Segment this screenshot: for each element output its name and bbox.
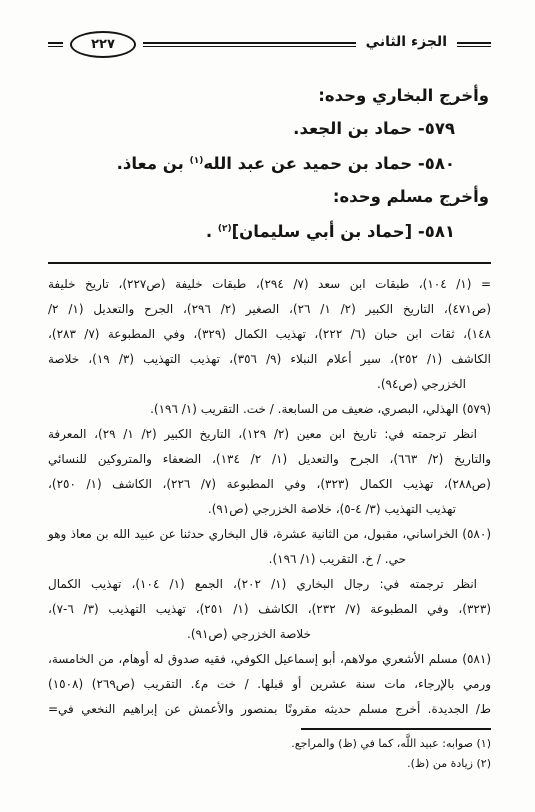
page-number: ٢٢٧ [91,37,115,52]
footnotes-block: = (١/ ١٠٤)، طبقات ابن سعد (٧/ ٢٩٤)، طبقا… [48,272,491,722]
book-page: الجزء الثاني ٢٢٧ وأخرج البخاري وحده: ٥٧٩… [0,0,535,812]
footnote-line: الخزرجي (ص٩٤). [48,372,491,397]
footnote-line: ط/ الجديدة. أخرج مسلم حديثه مقرونًا بمنص… [48,697,491,722]
page-number-badge: ٢٢٧ [70,31,136,58]
footnote-line: الكاشف (١/ ٢٥٢)، سير أعلام النبلاء (٩/ ٣… [48,347,491,372]
entry-581: ٥٨١- [حماد بن أبي سليمان](٢) . [48,213,491,249]
footnote-line: انظر ترجمته في: رجال البخاري (١/ ٢٠٢)، ا… [48,572,491,597]
entry-580-tail: بن معاذ. [117,154,190,173]
editor-notes-separator-rule [301,728,491,730]
footnote-line: (٥٨٠) الخراساني، مقبول، من الثانية عشرة،… [48,522,491,547]
section-title: الجزء الثاني [363,34,450,54]
editor-notes: (١) صوابه: عبيد اللَّه، كما في (ظ) والمر… [48,734,491,775]
footnote-line: (ص٤٧١)، التاريخ الكبير (٢/ ١/ ٢٦)، الصغي… [48,297,491,322]
footnote-line: = (١/ ١٠٤)، طبقات ابن سعد (٧/ ٢٩٤)، طبقا… [48,272,491,297]
footnote-ref-1: (١) [190,156,204,166]
entry-581-tail: . [206,222,218,241]
double-rule-left [48,42,63,47]
editor-note-1: (١) صوابه: عبيد اللَّه، كما في (ظ) والمر… [48,734,491,755]
double-rule-main [143,42,356,47]
footnote-line: (٥٨١) مسلم الأشعري مولاهم، أبو إسماعيل ا… [48,647,491,672]
footnote-line: ١٤٨)، ثقات ابن حبان (٦/ ٢٢٢)، تهذيب الكم… [48,322,491,347]
footnote-line: حي. / خ. التقريب (١/ ١٩٦). [48,547,491,572]
double-rule-right [457,42,491,47]
entry-580-text: ٥٨٠- حماد بن حميد عن عبد الله [203,154,455,173]
main-text: وأخرج البخاري وحده: ٥٧٩- حماد بن الجعد. … [48,80,491,249]
footnote-line: (٥٧٩) الهذلي، البصري، ضعيف من السابعة. /… [48,397,491,422]
heading-muslim: وأخرج مسلم وحده: [48,181,491,214]
footnote-line: والتاريخ (٢/ ٦٦٣)، الجرح والتعديل (١/ ٢/… [48,447,491,472]
entry-580: ٥٨٠- حماد بن حميد عن عبد الله(١) بن معاذ… [48,145,491,181]
entry-581-text: ٥٨١- [حماد بن أبي سليمان] [232,222,455,241]
footnote-line: انظر ترجمته في: تاريخ ابن معين (٢/ ١٢٩)،… [48,422,491,447]
footnote-line: (ص٢٨٨)، تهذيب الكمال (٣٢٣)، وفي المطبوعة… [48,472,491,497]
footnote-line: (٣٢٣)، وفي المطبوعة (٧/ ٢٣٢)، الكاشف (١/… [48,597,491,622]
entry-579: ٥٧٩- حماد بن الجعد. [48,113,491,146]
footnote-separator-rule [48,262,491,264]
footnote-line: خلاصة الخزرجي (ص٩١). [48,622,491,647]
editor-note-2: (٢) زيادة من (ظ). [48,754,491,775]
footnote-ref-2: (٢) [218,224,232,234]
footnote-line: ورمي بالإرجاء، مات سنة عشرين أو قبلها. /… [48,672,491,697]
footnote-line: تهذيب التهذيب (٣/ ٤-٥)، خلاصة الخزرجي (ص… [48,497,491,522]
heading-bukhari: وأخرج البخاري وحده: [48,80,491,113]
page-header: الجزء الثاني ٢٢٧ [48,30,491,58]
